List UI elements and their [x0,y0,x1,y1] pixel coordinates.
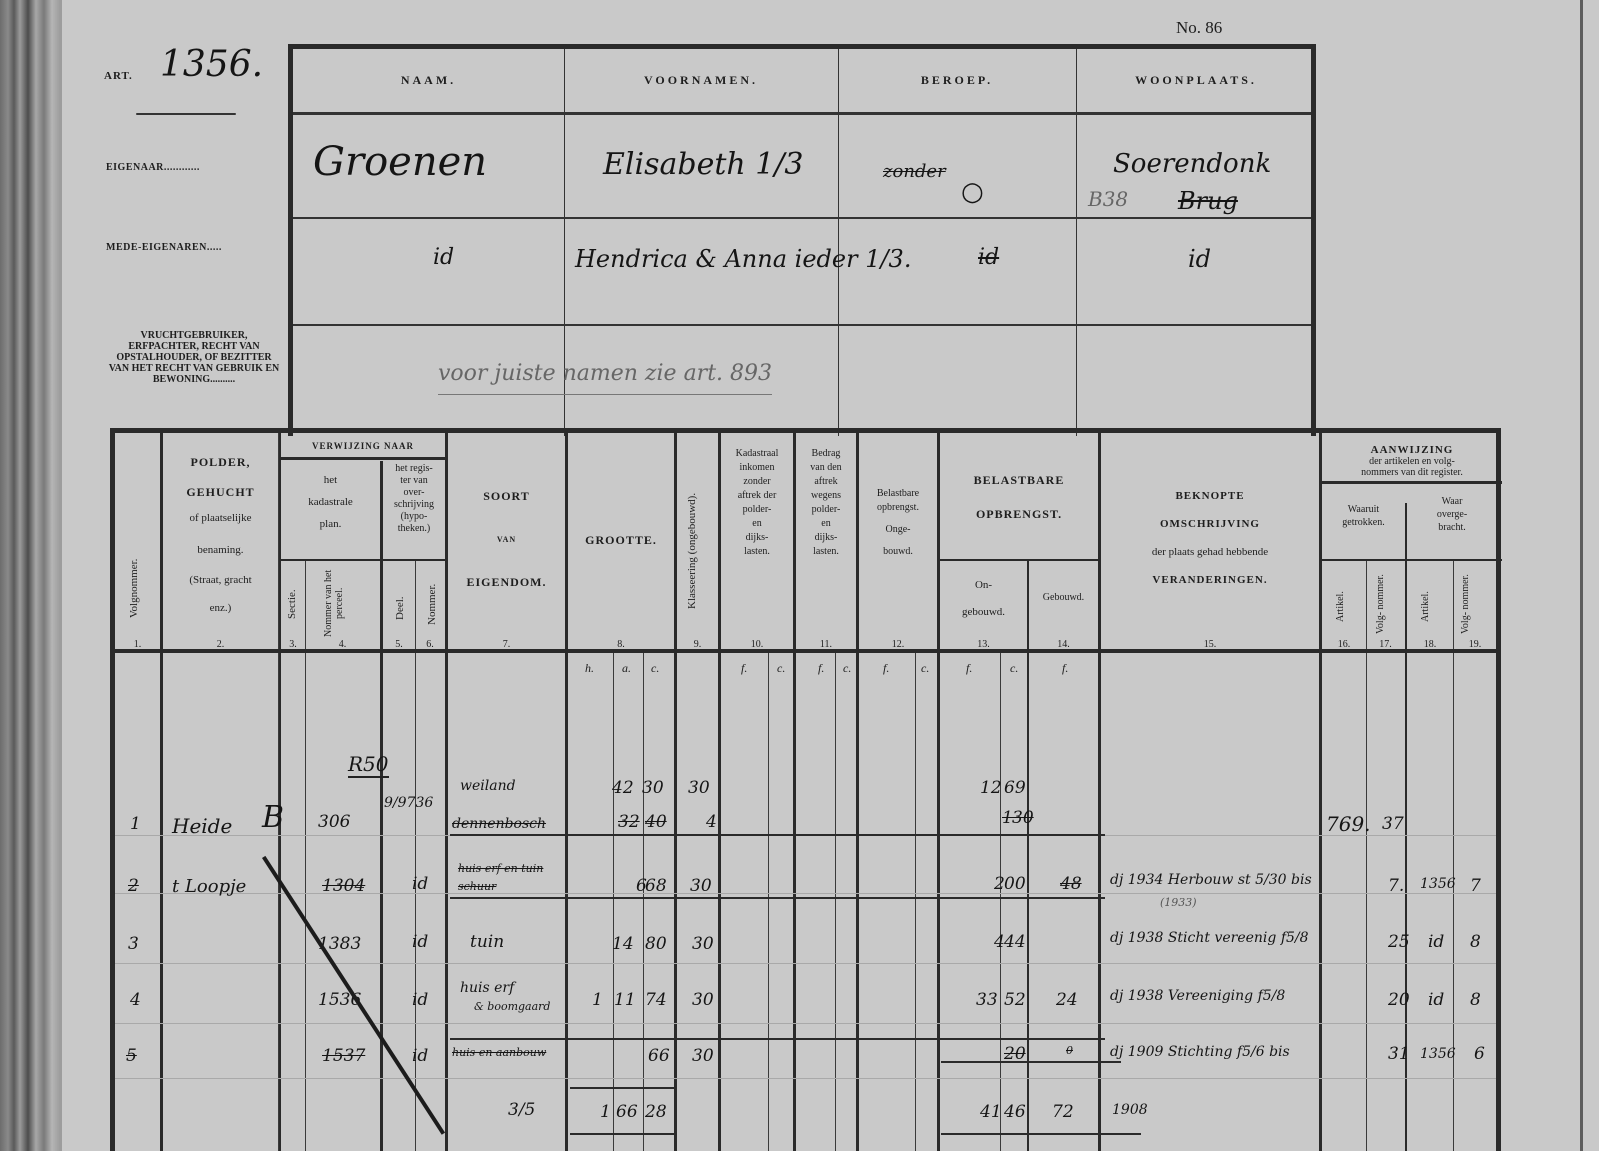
row-volg: 5 [126,1046,137,1066]
row-artikel-waar: id [1428,932,1444,952]
row-perceel: 1304 [322,876,365,896]
row-ongebouwd-c-cancelled: 30 [1012,808,1034,828]
header-polder-4: benaming. [163,543,278,557]
column-number: 8. [568,639,674,650]
row-volg-waar: 8 [1470,932,1481,952]
mede-woonplaats: id [1188,245,1211,273]
article-number: 1356. [160,44,263,85]
header-verwijzing: VERWIJZING NAAR [281,439,445,453]
unit-c: c. [1010,661,1018,676]
header-ongebouwd-1: On- [940,578,1027,592]
header-register: het regis- ter van over- schrijving (hyp… [383,463,445,535]
label-mede-eigenaren: MEDE-EIGENAREN..... [106,242,222,253]
header-register-line: schrijving [383,499,445,511]
header-line: bracht. [1407,521,1497,534]
woonplaats-note-b38: B38 [1088,187,1128,211]
divider [383,559,445,561]
row-ongebouwd-c: 44 [1004,932,1026,952]
header-aanwijzing-3: nommers van dit register. [1322,467,1502,479]
header-line: en [721,517,793,531]
header-line: polder- [721,503,793,517]
header-kadastraal-inkomen: Kadastraal inkomen zonder aftrek der pol… [721,447,793,559]
row-soort: tuin [470,932,504,952]
header-grootte: GROOTTE. [568,533,674,547]
divider [768,653,769,1151]
row-volg-waaruit: 37 [1382,814,1404,834]
row-centiare: 68 [645,876,667,896]
column-number: 6. [415,639,445,650]
row-deel: id [412,1046,428,1066]
header-line: zonder [721,475,793,489]
total-are: 66 [616,1102,638,1122]
subtotal-line [941,1061,1121,1063]
total-ongebouwd-f: 41 [980,1102,1002,1122]
unit-c: c. [777,661,785,676]
page-edge [1580,0,1583,1151]
total-centiare: 28 [645,1102,667,1122]
column-number: 19. [1453,639,1497,650]
header-line: en [796,517,856,531]
unit-f: f. [741,661,747,676]
column-number: 1. [115,639,160,650]
row-omschrijving: dj 1938 Sticht vereenig f5/8 [1110,930,1309,946]
row-artikel-waar: 1356 [1420,876,1456,892]
header-line: bouwd. [859,545,937,559]
header-beknopte-4: VERANDERINGEN. [1101,573,1319,587]
total-fraction: 3/5 [508,1100,535,1120]
header-klasseering: Klasseering (ongebouwd). [687,463,698,638]
eigenaar-voornamen: Elisabeth 1/3 [603,147,804,182]
row-omschrijving: dj 1938 Vereeniging f5/8 [1110,988,1285,1004]
row-polder: Heide [172,814,232,838]
row-gebouwd: 48 [1060,874,1082,894]
header-line: van den [796,461,856,475]
column-number: 5. [383,639,415,650]
unit-f: f. [818,661,824,676]
unit-c: c. [651,661,659,676]
header-artikel-18: Artikel. [1420,578,1431,636]
header-line: inkomen [721,461,793,475]
header-register-line: over- [383,487,445,499]
column-number: 7. [448,639,565,650]
mede-beroep: id [978,245,999,270]
header-gebouwd: Gebouwd. [1029,591,1098,605]
row-perceel: 306 [318,812,350,832]
header-sectie: Sectie. [287,573,298,635]
subtotal-line [570,1087,675,1089]
row-ongebouwd-c: 52 [1004,990,1026,1010]
row-deel: id [412,990,428,1010]
header-nommer-perceel: Nommer van het perceel. [323,568,363,638]
header-line: Belastbare [859,487,937,501]
header-beknopte-3: der plaats gehad hebbende [1101,545,1319,559]
unit-f: f. [966,661,972,676]
divider [915,653,916,1151]
eigenaar-beroep: zonder [883,161,946,182]
row-polder: t Loopje [172,876,246,897]
column-number: 2. [163,639,278,650]
row-soort: weiland [460,778,516,794]
header-line: lasten. [796,545,856,559]
owner-table: NAAM. VOORNAMEN. BEROEP. WOONPLAATS. Gro… [288,44,1316,436]
divider [293,217,1311,219]
header-polder-6: enz.) [163,601,278,615]
row-soort: huis erf en tuin [458,862,543,875]
unit-f: f. [1062,661,1068,676]
header-line: polder- [796,503,856,517]
header-deel: Deel. [395,583,406,633]
row-volg: 3 [128,934,139,954]
column-number: 4. [305,639,380,650]
row-centiare: 30 [642,778,664,798]
row-soort-2: schuur [458,880,496,893]
header-volg-17: Volg- nommer. [1375,573,1401,635]
row-ongebouwd-c: 20 [1004,1044,1026,1064]
row-artikel-waar: 1356 [1420,1046,1456,1062]
header-line: Waar [1407,495,1497,508]
divider [1322,559,1502,561]
header-waar: Waar overge- bracht. [1407,495,1497,534]
header-naam: NAAM. [293,73,564,88]
row-deel: id [412,874,428,894]
row-volg-waaruit: 20 [1388,990,1410,1010]
column-number: 16. [1322,639,1366,650]
header-waaruit: Waaruit getrokken. [1322,503,1405,529]
divider [293,324,1311,326]
row-cancel-line [450,897,1105,899]
row-volg-waar: 7 [1470,876,1481,896]
row-hectare: 1 [592,990,603,1010]
mede-voornamen: Hendrica & Anna ieder 1/3. [575,245,911,273]
header-woonplaats: WOONPLAATS. [1076,73,1316,88]
column-number: 17. [1366,639,1405,650]
row-gebouwd: 24 [1056,990,1078,1010]
header-line: getrokken. [1322,516,1405,529]
column-number: 18. [1407,639,1453,650]
header-beknopte-2: OMSCHRIJVING [1101,517,1319,531]
ruling [115,1023,1496,1024]
header-beroep: BEROEP. [838,73,1076,88]
divider [1098,433,1101,1151]
header-register-line: (hypo- [383,511,445,523]
divider [160,433,163,1151]
pencil-note: voor juiste namen zie art. 893 [438,361,772,395]
row-klasse: 30 [692,934,714,954]
row-are-cancelled: 32 [618,812,640,832]
page-number: No. 86 [1176,18,1222,38]
header-line: opbrengst. [859,501,937,515]
column-number: 3. [281,639,305,650]
row-ongebouwd-f: 12 [980,778,1002,798]
row-omschrijving-note: (1933) [1160,896,1197,909]
unit-c: c. [921,661,929,676]
label-vruchtgebruiker: VRUCHTGEBRUIKER, ERFPACHTER, RECHT VAN O… [108,330,280,385]
row-soort-cancelled: dennenbosch [452,816,546,832]
header-soort-1: SOORT [448,489,565,503]
divider [278,433,279,1151]
row-klasse: 30 [692,990,714,1010]
header-volgnommer: Volgnommer. [129,538,140,638]
divider [613,653,614,1151]
parcel-table: Volgnommer. POLDER, GEHUCHT of plaatseli… [110,428,1501,1151]
header-line: Bedrag [796,447,856,461]
row-volg: 1 [130,814,141,834]
header-line: wegens [796,489,856,503]
row-artikel-waaruit: 769. [1326,812,1371,836]
row-volg: 4 [130,990,141,1010]
column-number: 12. [859,639,937,650]
row-are: 42 [612,778,634,798]
article-label: ART. [104,70,133,82]
row-cancel-line [450,1038,1105,1040]
divider [380,461,383,1151]
unit-c: c. [843,661,851,676]
row-cancel-line [450,834,1105,836]
header-beknopte-1: BEKNOPTE [1101,489,1319,503]
header-soort-3: EIGENDOM. [448,575,565,589]
header-volg-19: Volg- nommer. [1460,573,1486,635]
header-line: overge- [1407,508,1497,521]
divider [281,457,445,460]
header-register-line: het regis- [383,463,445,475]
row-klasse: 30 [692,1046,714,1066]
header-artikel-16: Artikel. [1335,578,1346,636]
eigenaar-naam: Groenen [313,139,487,185]
divider [937,433,940,1151]
unit-f: f. [883,661,889,676]
mede-naam: id [433,245,454,270]
column-number: 11. [796,639,856,650]
header-belastbare-ongebouwd: Belastbare opbrengst. Onge- bouwd. [859,487,937,559]
row-centiare: 66 [648,1046,670,1066]
divider [643,653,644,1151]
ruling [115,1078,1496,1079]
header-aanwijzing-1: AANWIJZING [1322,443,1502,457]
row-soort: huis erf [460,980,514,996]
header-polder-5: (Straat, gracht [163,573,278,587]
header-line: aftrek [796,475,856,489]
header-ongebouwd-2: gebouwd. [940,605,1027,619]
row-volg-waaruit: 25 [1388,932,1410,952]
divider [674,433,677,1151]
divider [1000,653,1001,1151]
book-spine [0,0,62,1151]
row-deel: id [412,932,428,952]
header-soort-2: VAN [448,533,565,547]
header-belastbare-1: BELASTBARE [940,473,1098,487]
ruling [115,963,1496,964]
header-polder-1: POLDER, [163,455,278,469]
header-nommer: Nommer. [427,573,438,635]
header-line: lasten. [721,545,793,559]
row-volg-waar: 8 [1470,990,1481,1010]
annotation-r50: R50 [348,752,389,778]
unit-h: h. [585,661,594,676]
header-line: Waaruit [1322,503,1405,516]
header-line: aftrek der [721,489,793,503]
divider [838,49,839,436]
divider [1322,481,1502,484]
row-klasse-cancelled: 4 [706,812,717,832]
divider [940,559,1098,561]
header-line: Kadastraal [721,447,793,461]
row-perceel: 1537 [322,1046,365,1066]
header-line: dijks- [796,531,856,545]
row-soort-2: & boomgaard [474,1000,550,1013]
unit-a: a. [622,661,631,676]
header-kadastrale-3: plan. [281,517,380,531]
total-hectare: 1 [600,1102,611,1122]
header-line: Onge- [859,523,937,537]
divider [293,112,1311,115]
total-line [570,1133,675,1135]
row-volg-waaruit: 7. [1388,876,1404,896]
row-centiare: 80 [645,934,667,954]
column-number: 9. [677,639,718,650]
row-artikel-waar: id [1428,990,1444,1010]
header-kadastrale-2: kadastrale [281,495,380,509]
row-volg: 2 [128,876,139,896]
column-number: 14. [1029,639,1098,650]
row-centiare: 74 [645,990,667,1010]
label-eigenaar: EIGENAAR............ [106,162,200,173]
row-volg-waaruit: 31 [1388,1044,1410,1064]
row-volg-waar: 6 [1474,1044,1485,1064]
row-gebouwd: 0 [1066,1044,1073,1057]
header-kadastrale-1: het [281,473,380,487]
divider [281,559,380,561]
header-line: dijks- [721,531,793,545]
total-gebouwd: 72 [1052,1102,1074,1122]
eigenaar-woonplaats: Soerendonk [1113,149,1271,179]
header-bedrag-aftrek: Bedrag van den aftrek wegens polder- en … [796,447,856,559]
row-deel: 9/9736 [384,795,433,811]
total-year-note: 1908 [1112,1102,1148,1118]
total-ongebouwd-c: 46 [1004,1102,1026,1122]
row-are: 11 [614,990,636,1010]
divider [1319,433,1322,1151]
header-register-line: ter van [383,475,445,487]
beroep-mark: ○ [961,177,984,207]
header-voornamen: VOORNAMEN. [564,73,838,88]
total-line [941,1133,1141,1135]
column-number: 13. [940,639,1027,650]
row-ongebouwd-f: 33 [976,990,998,1010]
header-register-line: theken.) [383,523,445,535]
header-polder-2: GEHUCHT [163,485,278,499]
row-omschrijving: dj 1934 Herbouw st 5/30 bis [1110,872,1312,888]
divider [835,653,836,1151]
row-ongebouwd-c: 00 [1004,874,1026,894]
woonplaats-note-brug: Brug [1178,187,1238,215]
row-soort: huis en aanbouw [452,1046,546,1059]
row-are: 14 [612,934,634,954]
row-sectie: B [262,800,284,835]
flourish-divider [136,113,236,115]
column-number: 10. [721,639,793,650]
row-klasse: 30 [688,778,710,798]
row-klasse: 30 [690,876,712,896]
row-centiare-cancelled: 40 [645,812,667,832]
header-belastbare-2: OPBRENGST. [940,507,1098,521]
header-polder-3: of plaatselijke [163,511,278,525]
column-number: 15. [1101,639,1319,650]
divider [1076,49,1077,436]
row-ongebouwd-c: 69 [1004,778,1026,798]
row-omschrijving: dj 1909 Stichting f5/6 bis [1110,1044,1290,1060]
